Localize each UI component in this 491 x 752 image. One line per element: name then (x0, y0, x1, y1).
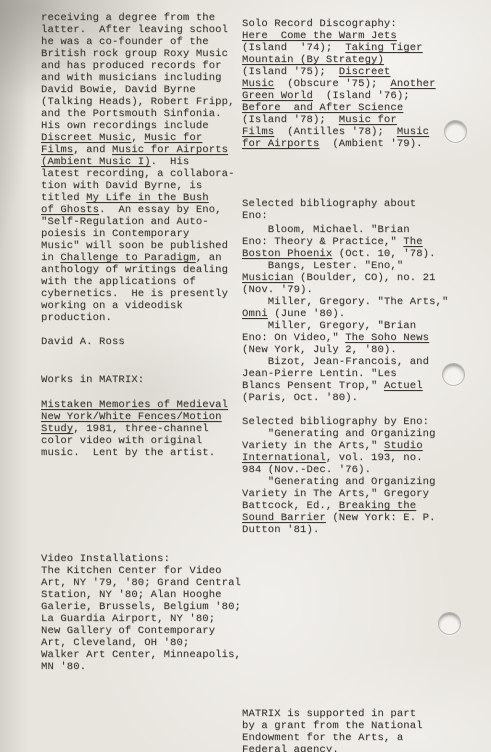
text-line: (New York, July 2, '80). (242, 344, 457, 356)
text-segment: , an (196, 252, 222, 264)
text-segment: Bizot, Jean-Francois, and (242, 356, 429, 368)
text-line: Here Come the Warm Jets (242, 30, 457, 42)
hole-punch (444, 120, 467, 143)
bio-paragraph: receiving a degree from thelatter. After… (41, 12, 241, 324)
underlined-text: Another (390, 78, 435, 90)
text-segment: (Obscure '75); (274, 78, 390, 90)
underlined-text: Here Come the Warm Jets (242, 30, 397, 42)
text-segment: MN '80. (41, 661, 86, 673)
text-line: Films, and Music for Airports (41, 144, 241, 156)
text-segment: Solo Record Discography: (242, 18, 397, 30)
text-segment: Eno: On Video," (242, 332, 345, 344)
text-line: Dutton '81). (242, 524, 457, 536)
author-credit: David A. Ross (41, 336, 241, 348)
underlined-text: Study (41, 423, 73, 435)
text-line: Solo Record Discography: (242, 18, 457, 30)
text-segment: color video with original (41, 435, 202, 447)
text-line: Federal agency. (242, 744, 457, 752)
underlined-text: (Ambient Music I) (41, 156, 151, 168)
text-segment: David Bowie, David Byrne (41, 84, 196, 96)
text-line: (Paris, Oct. '80). (242, 392, 457, 404)
text-line: Art, NY '79, '80; Grand Central (41, 577, 241, 589)
text-segment: Galerie, Brussels, Belgium '80; (41, 601, 241, 613)
text-segment: (Paris, Oct. '80). (242, 392, 358, 404)
works-heading: Works in MATRIX: (41, 374, 241, 386)
text-segment: Battcock, Ed., (242, 500, 339, 512)
text-line: MN '80. (41, 661, 241, 673)
scanned-page: receiving a degree from thelatter. After… (0, 0, 491, 752)
text-segment: , vol. 193, no. (326, 452, 423, 464)
text-segment: titled (41, 192, 86, 204)
hole-punch (442, 363, 465, 386)
text-segment: with the applications of (41, 276, 196, 288)
text-line: Mountain (By Strategy) (242, 54, 457, 66)
underlined-text: Taking Tiger (345, 42, 422, 54)
underlined-text: Boston Phoenix (242, 248, 332, 260)
text-segment: (Island '78); (242, 114, 339, 126)
text-line: His own recordings include (41, 120, 241, 132)
underlined-text: of Ghosts (41, 204, 99, 216)
text-segment: anthology of writings dealing (41, 264, 228, 276)
text-line: Jean-Pierre Lentin. "Les (242, 368, 457, 380)
text-line: "Self-Regulation and Auto- (41, 216, 241, 228)
text-line: Variety in The Arts," Gregory (242, 488, 457, 500)
underlined-text: Challenge to Paradigm (60, 252, 195, 264)
text-line: (Island '78); Music for (242, 114, 457, 126)
bibliography-about-heading: Selected bibliography aboutEno: (242, 198, 457, 222)
text-line: working on a videodisk (41, 300, 241, 312)
underlined-text: Musician (242, 272, 294, 284)
text-segment: Bloom, Michael. "Brian (242, 224, 410, 236)
text-line: anthology of writings dealing (41, 264, 241, 276)
text-line: La Guardia Airport, NY '80; (41, 613, 241, 625)
text-segment: (Ambient '79). (319, 138, 422, 150)
text-line: Eno: On Video," The Soho News (242, 332, 457, 344)
text-segment: Federal agency. (242, 744, 339, 752)
text-line: Music (Obscure '75); Another (242, 78, 457, 90)
text-segment: Variety in The Arts," Gregory (242, 488, 429, 500)
text-line: poiesis in Contemporary (41, 228, 241, 240)
text-segment: The Kitchen Center for Video (41, 565, 222, 577)
text-segment: (Oct. 10, '78). (332, 248, 435, 260)
text-segment: and with musicians including (41, 72, 222, 84)
text-segment: Walker Art Center, Minneapolis, (41, 649, 241, 661)
underlined-text: Films (41, 144, 73, 156)
text-segment: Art, Cleveland, OH '80; (41, 637, 189, 649)
underlined-text: My Life in the Bush (86, 192, 209, 204)
text-line: The Kitchen Center for Video (41, 565, 241, 577)
text-segment: "Generating and Organizing (242, 476, 436, 488)
text-segment: British rock group Roxy Music (41, 48, 228, 60)
text-line: by a grant from the National (242, 720, 457, 732)
text-segment: tion with David Byrne, is (41, 180, 202, 192)
text-segment: Dutton '81). (242, 524, 319, 536)
text-line: (Nov. '79). (242, 284, 457, 296)
text-line: Works in MATRIX: (41, 374, 241, 386)
text-line: Variety in the Arts," Studio (242, 440, 457, 452)
bibliography-about-entries: Bloom, Michael. "BrianEno: Theory & Prac… (242, 224, 457, 404)
text-line: latter. After leaving school (41, 24, 241, 36)
text-segment: production. (41, 312, 112, 324)
text-line: Selected bibliography about (242, 198, 457, 210)
text-line: titled My Life in the Bush (41, 192, 241, 204)
text-segment: music. Lent by the artist. (41, 447, 215, 459)
text-segment: "Self-Regulation and Auto- (41, 216, 209, 228)
text-segment: David A. Ross (41, 336, 125, 348)
underlined-text: Music for (339, 114, 397, 126)
bibliography-by: Selected bibliography by Eno: "Generatin… (242, 416, 457, 536)
text-line: Bloom, Michael. "Brian (242, 224, 457, 236)
text-line: and has produced records for (41, 60, 241, 72)
text-segment: and the Portsmouth Sinfonia. (41, 108, 222, 120)
text-segment: Selected bibliography about (242, 198, 416, 210)
text-line: cybernetics. He is presently (41, 288, 241, 300)
text-segment: His own recordings include (41, 120, 209, 132)
underlined-text: Discreet (339, 66, 391, 78)
text-segment: (Talking Heads), Robert Fripp, (41, 96, 235, 108)
text-segment: MATRIX is supported in part (242, 708, 416, 720)
text-line: (Talking Heads), Robert Fripp, (41, 96, 241, 108)
hole-punch (438, 612, 461, 635)
text-line: MATRIX is supported in part (242, 708, 457, 720)
left-column: receiving a degree from thelatter. After… (41, 12, 241, 673)
text-segment: Selected bibliography by Eno: (242, 416, 429, 428)
text-segment: (New York, July 2, '80). (242, 344, 397, 356)
text-line: Eno: Theory & Practice," The (242, 236, 457, 248)
text-line: Mistaken Memories of Medieval (41, 399, 241, 411)
right-column: Solo Record Discography:Here Come the Wa… (242, 18, 457, 752)
text-segment: (Island '76); (313, 90, 410, 102)
text-segment: (Boulder, CO), no. 21 (294, 272, 436, 284)
text-line: Endowment for the Arts, a (242, 732, 457, 744)
text-line: Films (Antilles '78); Music (242, 126, 457, 138)
text-line: Miller, Gregory. "The Arts," (242, 296, 457, 308)
text-line: New Gallery of Contemporary (41, 625, 241, 637)
text-segment: Works in MATRIX: (41, 374, 144, 386)
text-line: Musician (Boulder, CO), no. 21 (242, 272, 457, 284)
text-segment: Art, NY '79, '80; Grand Central (41, 577, 241, 589)
text-segment: Endowment for the Arts, a (242, 732, 403, 744)
text-segment: Bangs, Lester. "Eno," (242, 260, 403, 272)
text-line: British rock group Roxy Music (41, 48, 241, 60)
text-line: (Ambient Music I). His (41, 156, 241, 168)
underlined-text: Discreet Music (41, 132, 131, 144)
text-segment: (Antilles '78); (274, 126, 397, 138)
text-segment: , (131, 132, 144, 144)
text-segment: Miller, Gregory, "Brian (242, 320, 416, 332)
text-segment: 984 (Nov.-Dec. '76). (242, 464, 371, 476)
text-line: Bangs, Lester. "Eno," (242, 260, 457, 272)
text-line: and with musicians including (41, 72, 241, 84)
work-entry: Mistaken Memories of MedievalNew York/Wh… (41, 399, 241, 459)
text-line: latest recording, a collabora- (41, 168, 241, 180)
underlined-text: for Airports (242, 138, 319, 150)
underlined-text: New York/White Fences/Motion (41, 411, 222, 423)
text-line: for Airports (Ambient '79). (242, 138, 457, 150)
underlined-text: Music for Airports (112, 144, 228, 156)
text-line: production. (41, 312, 241, 324)
text-segment: by a grant from the National (242, 720, 423, 732)
underlined-text: Breaking the (339, 500, 416, 512)
text-line: Study, 1981, three-channel (41, 423, 241, 435)
text-line: Station, NY '80; Alan Hooghe (41, 589, 241, 601)
underlined-text: Green World (242, 90, 313, 102)
text-line: "Generating and Organizing (242, 476, 457, 488)
text-line: (Island '74); Taking Tiger (242, 42, 457, 54)
text-line: Green World (Island '76); (242, 90, 457, 102)
text-line: Bizot, Jean-Francois, and (242, 356, 457, 368)
text-segment: (Nov. '79). (242, 284, 313, 296)
text-segment: Blancs Pensent Trop," (242, 380, 384, 392)
text-segment: . An essay by Eno, (99, 204, 222, 216)
text-line: New York/White Fences/Motion (41, 411, 241, 423)
text-segment: , and (73, 144, 112, 156)
text-line: of Ghosts. An essay by Eno, (41, 204, 241, 216)
text-segment: Jean-Pierre Lentin. "Les (242, 368, 397, 380)
underlined-text: Omni (242, 308, 268, 320)
text-segment: latter. After leaving school (41, 24, 228, 36)
discography: Solo Record Discography:Here Come the Wa… (242, 18, 457, 150)
text-line: Eno: (242, 210, 457, 222)
text-line: Battcock, Ed., Breaking the (242, 500, 457, 512)
text-segment: he was a co-founder of the (41, 36, 209, 48)
text-line: receiving a degree from the (41, 12, 241, 24)
text-line: Galerie, Brussels, Belgium '80; (41, 601, 241, 613)
text-line: David Bowie, David Byrne (41, 84, 241, 96)
text-segment: Video Installations: (41, 553, 170, 565)
underlined-text: Music (397, 126, 429, 138)
text-line: Sound Barrier (New York: E. P. (242, 512, 457, 524)
text-segment: poiesis in Contemporary (41, 228, 189, 240)
text-line: Miller, Gregory, "Brian (242, 320, 457, 332)
text-segment: and has produced records for (41, 60, 222, 72)
text-segment: La Guardia Airport, NY '80; (41, 613, 215, 625)
text-line: Before and After Science (242, 102, 457, 114)
text-line: tion with David Byrne, is (41, 180, 241, 192)
text-segment: receiving a degree from the (41, 12, 215, 24)
text-segment: . His (151, 156, 190, 168)
text-segment: New Gallery of Contemporary (41, 625, 215, 637)
text-line: Walker Art Center, Minneapolis, (41, 649, 241, 661)
text-segment: in (41, 252, 60, 264)
underlined-text: Mountain (By Strategy) (242, 54, 384, 66)
text-line: Discreet Music, Music for (41, 132, 241, 144)
text-segment: , 1981, three-channel (73, 423, 208, 435)
text-segment: "Generating and Organizing (242, 428, 436, 440)
text-segment: latest recording, a collabora- (41, 168, 235, 180)
text-line: music. Lent by the artist. (41, 447, 241, 459)
text-line: in Challenge to Paradigm, an (41, 252, 241, 264)
text-segment: (New York: E. P. (326, 512, 436, 524)
text-segment: Station, NY '80; Alan Hooghe (41, 589, 222, 601)
underlined-text: The (403, 236, 422, 248)
text-line: Selected bibliography by Eno: (242, 416, 457, 428)
text-line: Blancs Pensent Trop," Actuel (242, 380, 457, 392)
text-line: Art, Cleveland, OH '80; (41, 637, 241, 649)
video-installations: Video Installations:The Kitchen Center f… (41, 553, 241, 673)
text-segment: Music" will soon be published (41, 240, 228, 252)
text-segment: cybernetics. He is presently (41, 288, 228, 300)
funding-note: MATRIX is supported in partby a grant fr… (242, 708, 457, 752)
underlined-text: Actuel (384, 380, 423, 392)
underlined-text: Films (242, 126, 274, 138)
text-line: Music" will soon be published (41, 240, 241, 252)
text-segment: Miller, Gregory. "The Arts," (242, 296, 448, 308)
underlined-text: The Soho News (345, 332, 429, 344)
underlined-text: International (242, 452, 326, 464)
underlined-text: Music (242, 78, 274, 90)
text-line: Omni (June '80). (242, 308, 457, 320)
text-segment: Eno: Theory & Practice," (242, 236, 403, 248)
text-segment: (June '80). (268, 308, 345, 320)
text-line: color video with original (41, 435, 241, 447)
text-line: 984 (Nov.-Dec. '76). (242, 464, 457, 476)
text-line: International, vol. 193, no. (242, 452, 457, 464)
underlined-text: Before and After Science (242, 102, 403, 114)
underlined-text: Studio (384, 440, 423, 452)
text-segment: working on a videodisk (41, 300, 183, 312)
text-line: with the applications of (41, 276, 241, 288)
text-line: "Generating and Organizing (242, 428, 457, 440)
text-segment: (Island '75); (242, 66, 339, 78)
text-line: (Island '75); Discreet (242, 66, 457, 78)
text-line: Video Installations: (41, 553, 241, 565)
text-segment: Eno: (242, 210, 268, 222)
underlined-text: Mistaken Memories of Medieval (41, 399, 228, 411)
text-line: he was a co-founder of the (41, 36, 241, 48)
text-line: David A. Ross (41, 336, 241, 348)
text-line: Boston Phoenix (Oct. 10, '78). (242, 248, 457, 260)
underlined-text: Music for (144, 132, 202, 144)
text-line: and the Portsmouth Sinfonia. (41, 108, 241, 120)
underlined-text: Sound Barrier (242, 512, 326, 524)
text-segment: Variety in the Arts," (242, 440, 384, 452)
text-segment: (Island '74); (242, 42, 345, 54)
